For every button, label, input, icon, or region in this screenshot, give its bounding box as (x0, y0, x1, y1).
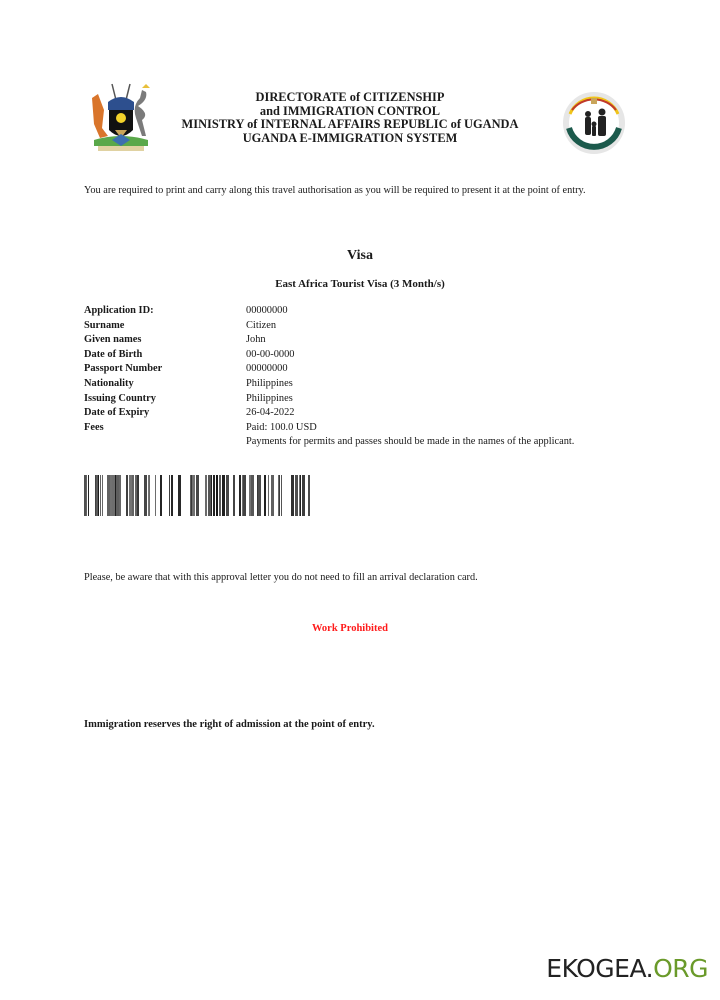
detail-value: 00000000 (246, 362, 666, 377)
detail-value: Paid: 100.0 USD (246, 421, 666, 436)
detail-value: Philippines (246, 392, 666, 407)
applicant-details: Application ID: 00000000 Surname Citizen… (84, 304, 666, 450)
detail-row-surname: Surname Citizen (84, 319, 666, 334)
document-header: DIRECTORATE of CITIZENSHIP and IMMIGRATI… (150, 91, 550, 145)
detail-row-payment-note: Payments for permits and passes should b… (84, 435, 666, 450)
detail-row-nationality: Nationality Philippines (84, 377, 666, 392)
detail-label: Application ID: (84, 304, 246, 319)
arrival-card-note: Please, be aware that with this approval… (84, 572, 478, 583)
detail-row-application-id: Application ID: 00000000 (84, 304, 666, 319)
detail-value: 00000000 (246, 304, 666, 319)
detail-row-date-of-birth: Date of Birth 00-00-0000 (84, 348, 666, 363)
work-status: Work Prohibited (0, 623, 700, 634)
detail-value: John (246, 333, 666, 348)
watermark-logo: EKOGEA.ORG (546, 954, 708, 983)
detail-row-date-of-expiry: Date of Expiry 26-04-2022 (84, 406, 666, 421)
detail-label: Date of Birth (84, 348, 246, 363)
header-line-4: UGANDA E-IMMIGRATION SYSTEM (150, 132, 550, 146)
detail-row-issuing-country: Issuing Country Philippines (84, 392, 666, 407)
header-line-1: DIRECTORATE of CITIZENSHIP (150, 91, 550, 105)
admission-reserve-note: Immigration reserves the right of admiss… (84, 719, 375, 730)
detail-label: Given names (84, 333, 246, 348)
watermark-text-accent: ORG (653, 954, 708, 983)
detail-value: Citizen (246, 319, 666, 334)
header-line-2: and IMMIGRATION CONTROL (150, 105, 550, 119)
detail-label: Issuing Country (84, 392, 246, 407)
detail-value: Philippines (246, 377, 666, 392)
visa-title: Visa (0, 248, 720, 264)
detail-row-passport-number: Passport Number 00000000 (84, 362, 666, 377)
uganda-coat-of-arms-icon (82, 80, 160, 156)
detail-row-given-names: Given names John (84, 333, 666, 348)
detail-label: Surname (84, 319, 246, 334)
header-line-3: MINISTRY of INTERNAL AFFAIRS REPUBLIC of… (150, 118, 550, 132)
detail-value: Payments for permits and passes should b… (246, 435, 666, 450)
watermark-text-main: EKOGEA. (546, 954, 653, 983)
detail-label: Nationality (84, 377, 246, 392)
detail-label: Passport Number (84, 362, 246, 377)
print-notice: You are required to print and carry alon… (84, 185, 614, 197)
immigration-uganda-logo-icon (560, 92, 628, 154)
visa-type: East Africa Tourist Visa (3 Month/s) (0, 278, 720, 290)
detail-label: Date of Expiry (84, 406, 246, 421)
detail-value: 26-04-2022 (246, 406, 666, 421)
detail-label: Fees (84, 421, 246, 436)
detail-row-fees: Fees Paid: 100.0 USD (84, 421, 666, 436)
detail-value: 00-00-0000 (246, 348, 666, 363)
detail-label (84, 435, 246, 450)
barcode-icon (84, 475, 310, 516)
